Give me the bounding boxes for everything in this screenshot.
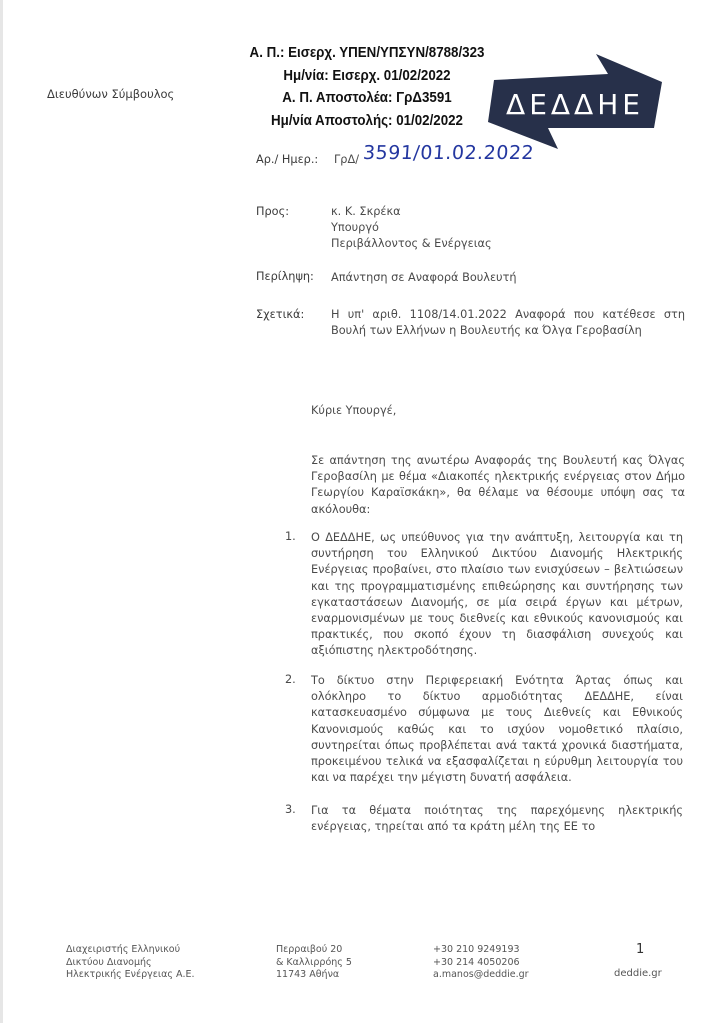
related-text: Η υπ' αριθ. 1108/14.01.2022 Αναφορά που …: [331, 307, 685, 339]
stamp-incoming-ref: Α. Π.: Εισερχ. ΥΠΕΝ/ΥΠΣΥΝ/8788/323: [243, 42, 491, 65]
stamp-sender-ref: Α. Π. Αποστολέα: ΓρΔ3591: [243, 87, 491, 110]
footer-phone: +30 214 4050206: [433, 957, 529, 970]
addressee-name: κ. Κ. Σκρέκα: [331, 204, 492, 220]
ref-handwritten-number: 3591/01.02.2022: [362, 142, 535, 164]
deddie-logo: ΔΕΔΔΗΕ: [486, 52, 664, 149]
list-number: 1.: [285, 530, 296, 543]
footer-address: Περραιβού 20 & Καλλιρρόης 5 11743 Αθήνα: [276, 944, 352, 982]
logo-bolt-shape: ΔΕΔΔΗΕ: [486, 52, 664, 149]
page-number: 1: [636, 942, 644, 957]
footer-company-line: Διαχειριστής Ελληνικού: [66, 944, 195, 957]
intro-paragraph: Σε απάντηση της ανωτέρω Αναφοράς της Βου…: [311, 453, 685, 518]
registry-stamp: Α. Π.: Εισερχ. ΥΠΕΝ/ΥΠΣΥΝ/8788/323 Ημ/νί…: [243, 42, 491, 132]
list-item-text: Ο ΔΕΔΔΗΕ, ως υπεύθυνος για την ανάπτυξη,…: [311, 530, 683, 660]
addressee-ministry: Περιβάλλοντος & Ενέργειας: [331, 236, 492, 252]
logo-text: ΔΕΔΔΗΕ: [506, 88, 644, 121]
summary-text: Απάντηση σε Αναφορά Βουλευτή: [331, 270, 517, 286]
addressee-role: Υπουργό: [331, 220, 492, 236]
footer-company-line: Ηλεκτρικής Ενέργειας Α.Ε.: [66, 969, 195, 982]
ref-prefix: ΓρΔ/: [334, 153, 359, 166]
page-edge: [0, 0, 3, 1023]
list-item-text: Για τα θέματα ποιότητας της παρεχόμενης …: [311, 803, 683, 835]
list-number: 2.: [285, 673, 296, 686]
list-number: 3.: [285, 803, 296, 816]
footer-phone: +30 210 9249193: [433, 944, 529, 957]
ref-label: Αρ./ Ημερ.:: [256, 153, 318, 166]
related-label: Σχετικά:: [256, 308, 304, 321]
stamp-sent-date: Ημ/νία Αποστολής: 01/02/2022: [243, 110, 491, 133]
summary-label: Περίληψη:: [256, 270, 314, 283]
salutation: Κύριε Υπουργέ,: [311, 403, 396, 419]
addressee: κ. Κ. Σκρέκα Υπουργό Περιβάλλοντος & Ενέ…: [331, 204, 492, 252]
footer-company-line: Δικτύου Διανομής: [66, 957, 195, 970]
sender-title: Διευθύνων Σύμβουλος: [47, 87, 174, 101]
footer-contact: +30 210 9249193 +30 214 4050206 a.manos@…: [433, 944, 529, 982]
footer-website-link[interactable]: deddie.gr: [614, 968, 662, 981]
footer-company: Διαχειριστής Ελληνικού Δικτύου Διανομής …: [66, 944, 195, 982]
list-item-text: Το δίκτυο στην Περιφερειακή Ενότητα Άρτα…: [311, 673, 683, 786]
footer-address-line: & Καλλιρρόης 5: [276, 957, 352, 970]
footer-address-line: 11743 Αθήνα: [276, 969, 352, 982]
footer-address-line: Περραιβού 20: [276, 944, 352, 957]
stamp-incoming-date: Ημ/νία: Εισερχ. 01/02/2022: [243, 65, 491, 88]
to-label: Προς:: [256, 205, 289, 218]
footer-email-link[interactable]: a.manos@deddie.gr: [433, 969, 529, 982]
